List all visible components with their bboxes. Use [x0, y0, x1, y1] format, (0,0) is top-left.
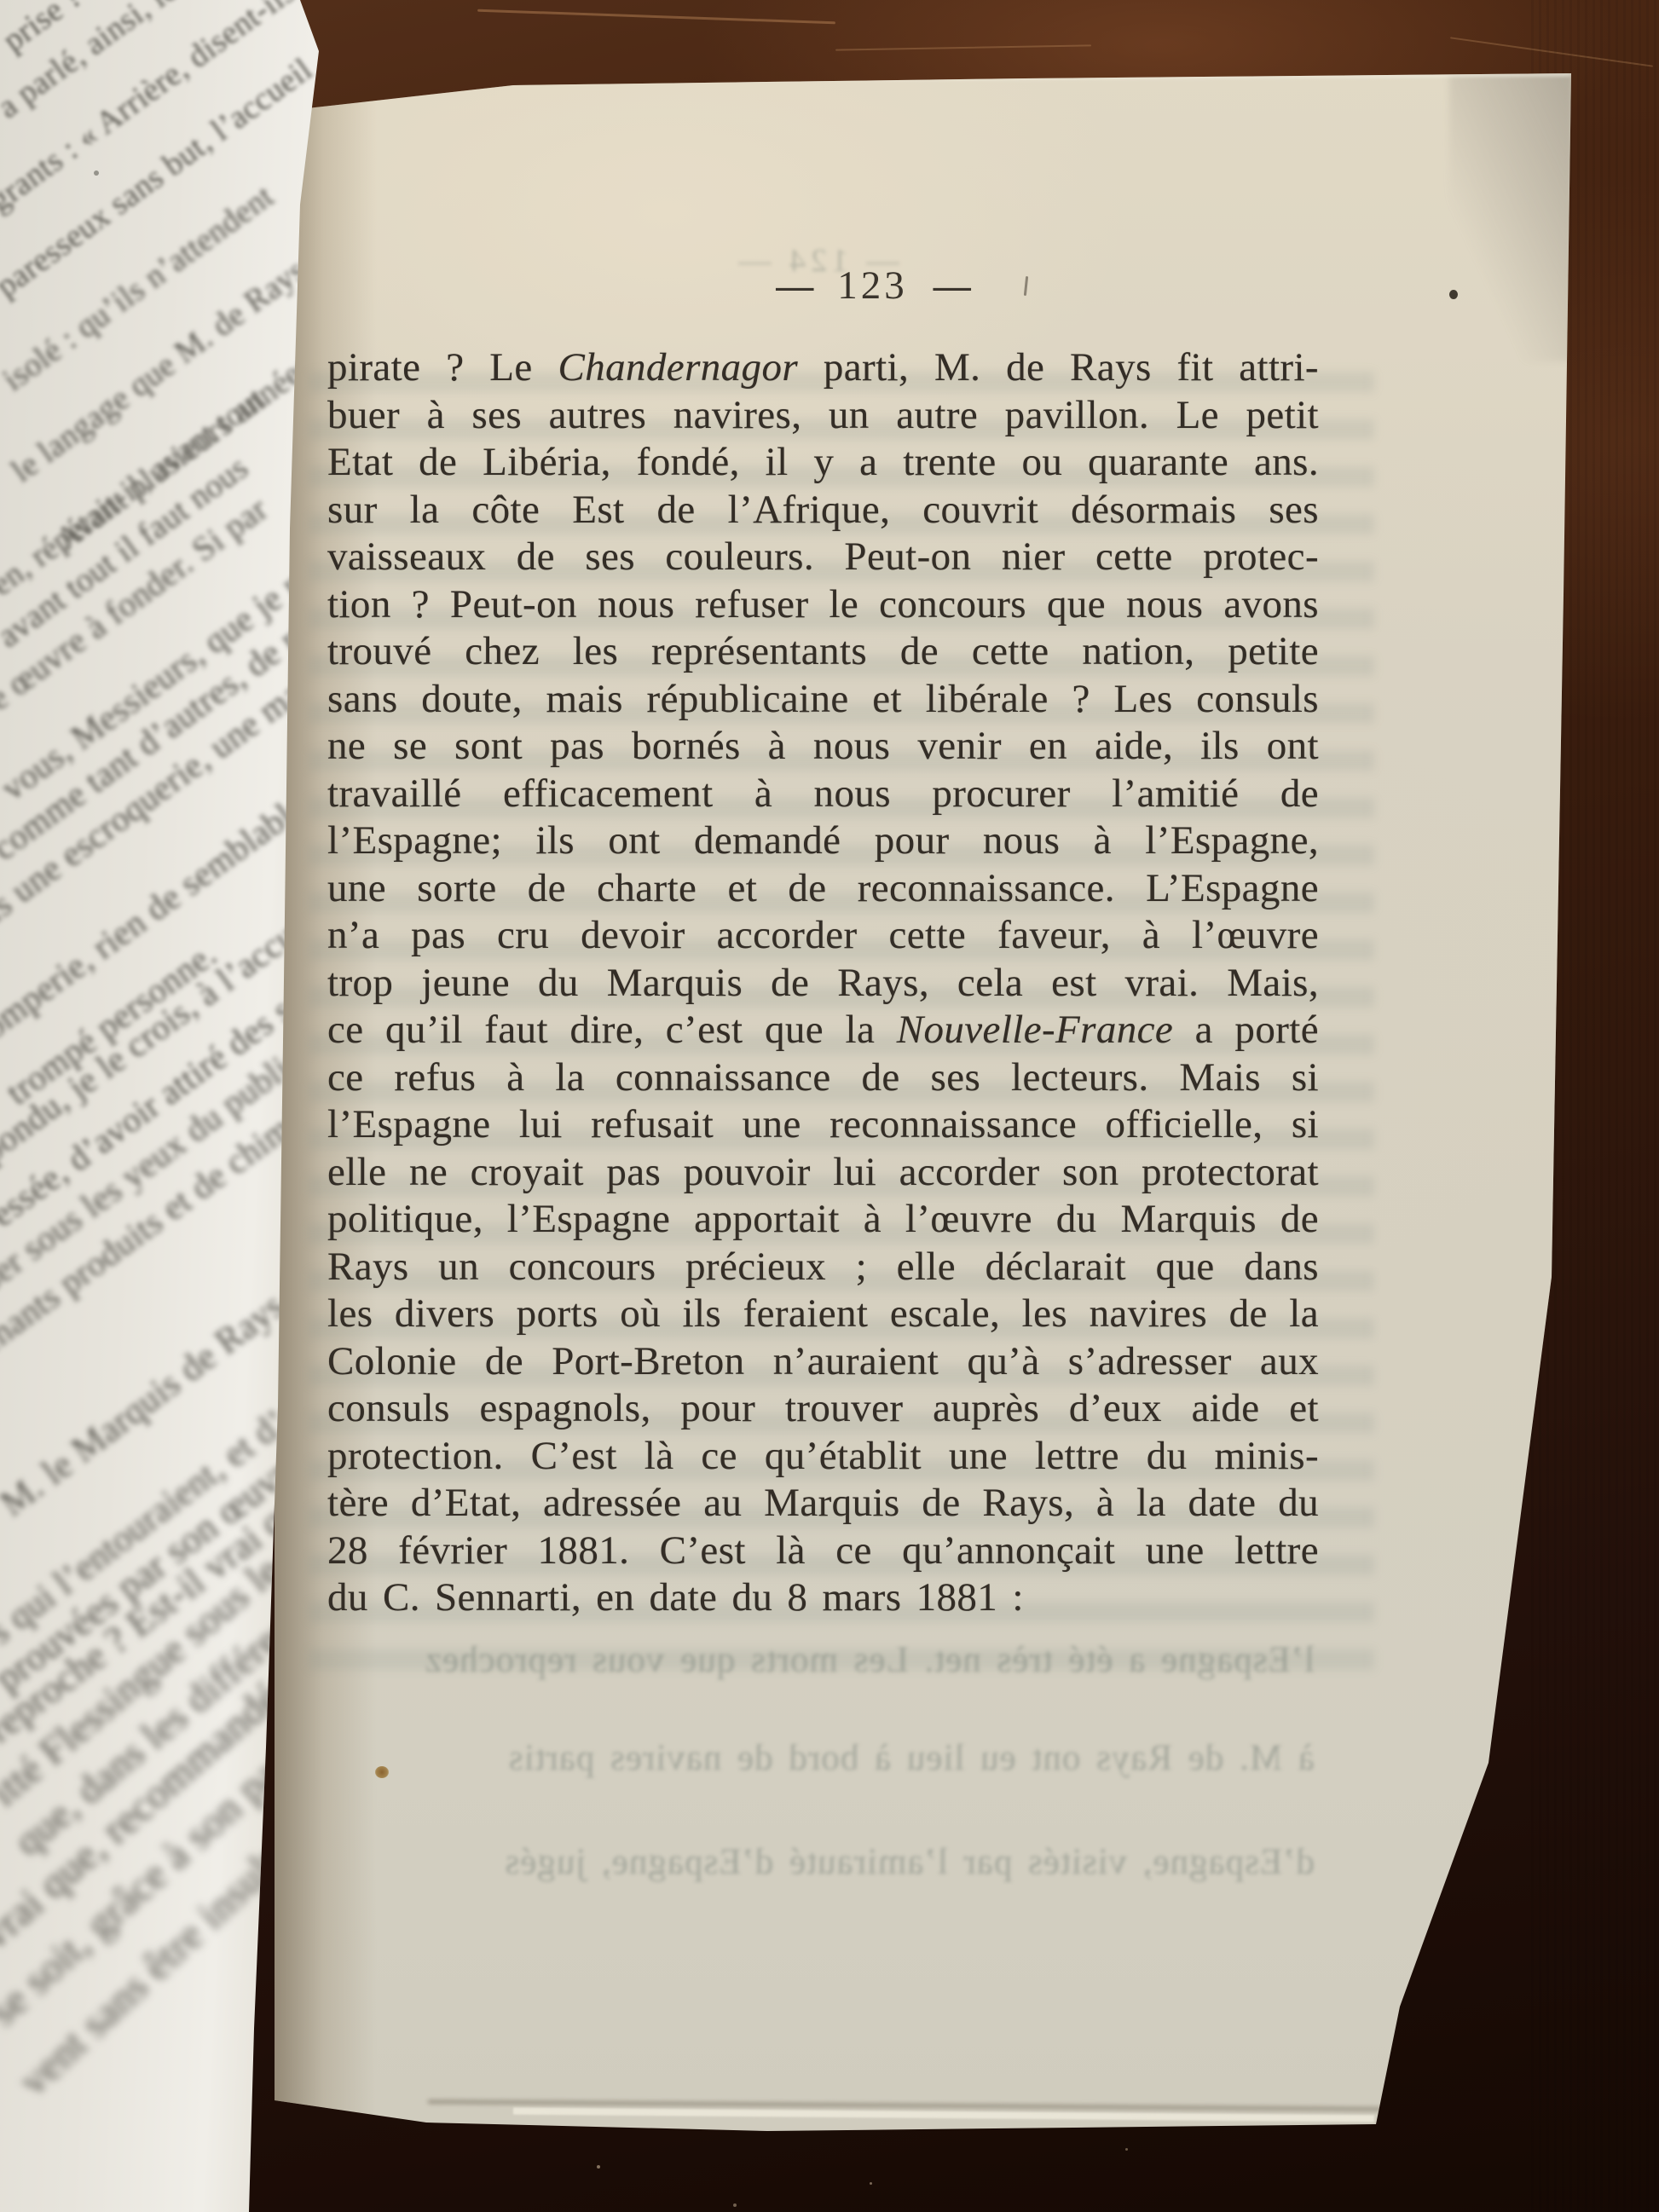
- text-line: ne se sont pas bornés à nous venir en ai…: [327, 723, 1319, 771]
- dust-speck: [870, 2182, 872, 2185]
- text-line: Colonie de Port-Breton n’auraient qu’à s…: [327, 1338, 1319, 1386]
- text-line: ce refus à la connaissance de ses lecteu…: [327, 1054, 1319, 1102]
- dust-speck: [1125, 2148, 1128, 2151]
- ink-speck: [94, 170, 99, 176]
- text-line: sur la côte Est de l’Afrique, couvrit dé…: [327, 487, 1319, 534]
- dust-speck: [733, 2203, 737, 2207]
- text-line: Rays un concours précieux ; elle déclara…: [327, 1244, 1319, 1291]
- text-line: du C. Sennarti, en date du 8 mars 1881 :: [327, 1574, 1319, 1622]
- wood-scratch: [477, 9, 835, 25]
- body-text: pirate ? Le Chandernagor parti, M. de Ra…: [327, 344, 1319, 1622]
- text-line: trop jeune du Marquis de Rays, cela est …: [327, 960, 1319, 1008]
- text-line: ce qu’il faut dire, c’est que la Nouvell…: [327, 1007, 1319, 1054]
- bent-corner-shadow: [1449, 72, 1574, 361]
- foxing-spot: [375, 1766, 389, 1778]
- text-line: 28 février 1881. C’est là ce qu’annonçai…: [327, 1528, 1319, 1575]
- showthrough-line: d’Espagne, visités par l’amirauté d’Espa…: [309, 1841, 1315, 1883]
- text-line: sans doute, mais républicaine et libéral…: [327, 676, 1319, 724]
- showthrough-line: à M. de Rays ont eu lieu à bord de navir…: [309, 1737, 1315, 1779]
- dust-speck: [597, 2165, 600, 2169]
- text-line: les divers ports où ils feraient escale,…: [327, 1291, 1319, 1338]
- book-photograph: { "header": { "dash_left": "—", "page_nu…: [0, 0, 1659, 2212]
- text-line: politique, l’Espagne apportait à l’œuvre…: [327, 1196, 1319, 1244]
- text-line: vaisseaux de ses couleurs. Peut-on nier …: [327, 534, 1319, 581]
- page-number: 123: [837, 263, 908, 308]
- text-line: une sorte de charte et de reconnaissance…: [327, 865, 1319, 913]
- text-line: protection. C’est là ce qu’établit une l…: [327, 1433, 1319, 1481]
- ink-speck: [1449, 290, 1458, 299]
- text-line: elle ne croyait pas pouvoir lui accorder…: [327, 1149, 1319, 1197]
- text-line: consuls espagnols, pour trouver auprès d…: [327, 1385, 1319, 1433]
- text-line: trouvé chez les représentants de cette n…: [327, 628, 1319, 676]
- header-dash-right: —: [934, 265, 969, 307]
- header-dash-left: —: [776, 265, 812, 307]
- text-line: tion ? Peut-on nous refuser le concours …: [327, 581, 1319, 629]
- page-header: —123—: [377, 263, 1368, 309]
- text-line: n’a pas cru devoir accorder cette faveur…: [327, 912, 1319, 960]
- text-line: l’Espagne; ils ont demandé pour nous à l…: [327, 817, 1319, 865]
- italic-ship-name: Chandernagor: [558, 345, 798, 390]
- wood-scratch: [835, 44, 1091, 50]
- text-line: tère d’Etat, adressée au Marquis de Rays…: [327, 1480, 1319, 1528]
- text-line: pirate ? Le Chandernagor parti, M. de Ra…: [327, 344, 1319, 392]
- right-page: — 124 — —123— pirate ? Le Chandernagor p…: [275, 66, 1579, 2140]
- italic-ship-name: Nouvelle-France: [897, 1008, 1173, 1052]
- text-line: Etat de Libéria, fondé, il y a trente ou…: [327, 439, 1319, 487]
- text-line: l’Espagne lui refusait une reconnaissanc…: [327, 1101, 1319, 1149]
- deckle-edge-highlight: [735, 72, 1570, 80]
- text-line: travaillé efficacement à nous procurer l…: [327, 771, 1319, 818]
- text-line: buer à ses autres navires, un autre pavi…: [327, 392, 1319, 440]
- showthrough-line: l’Espagne a été très net. Les morts que …: [309, 1639, 1315, 1681]
